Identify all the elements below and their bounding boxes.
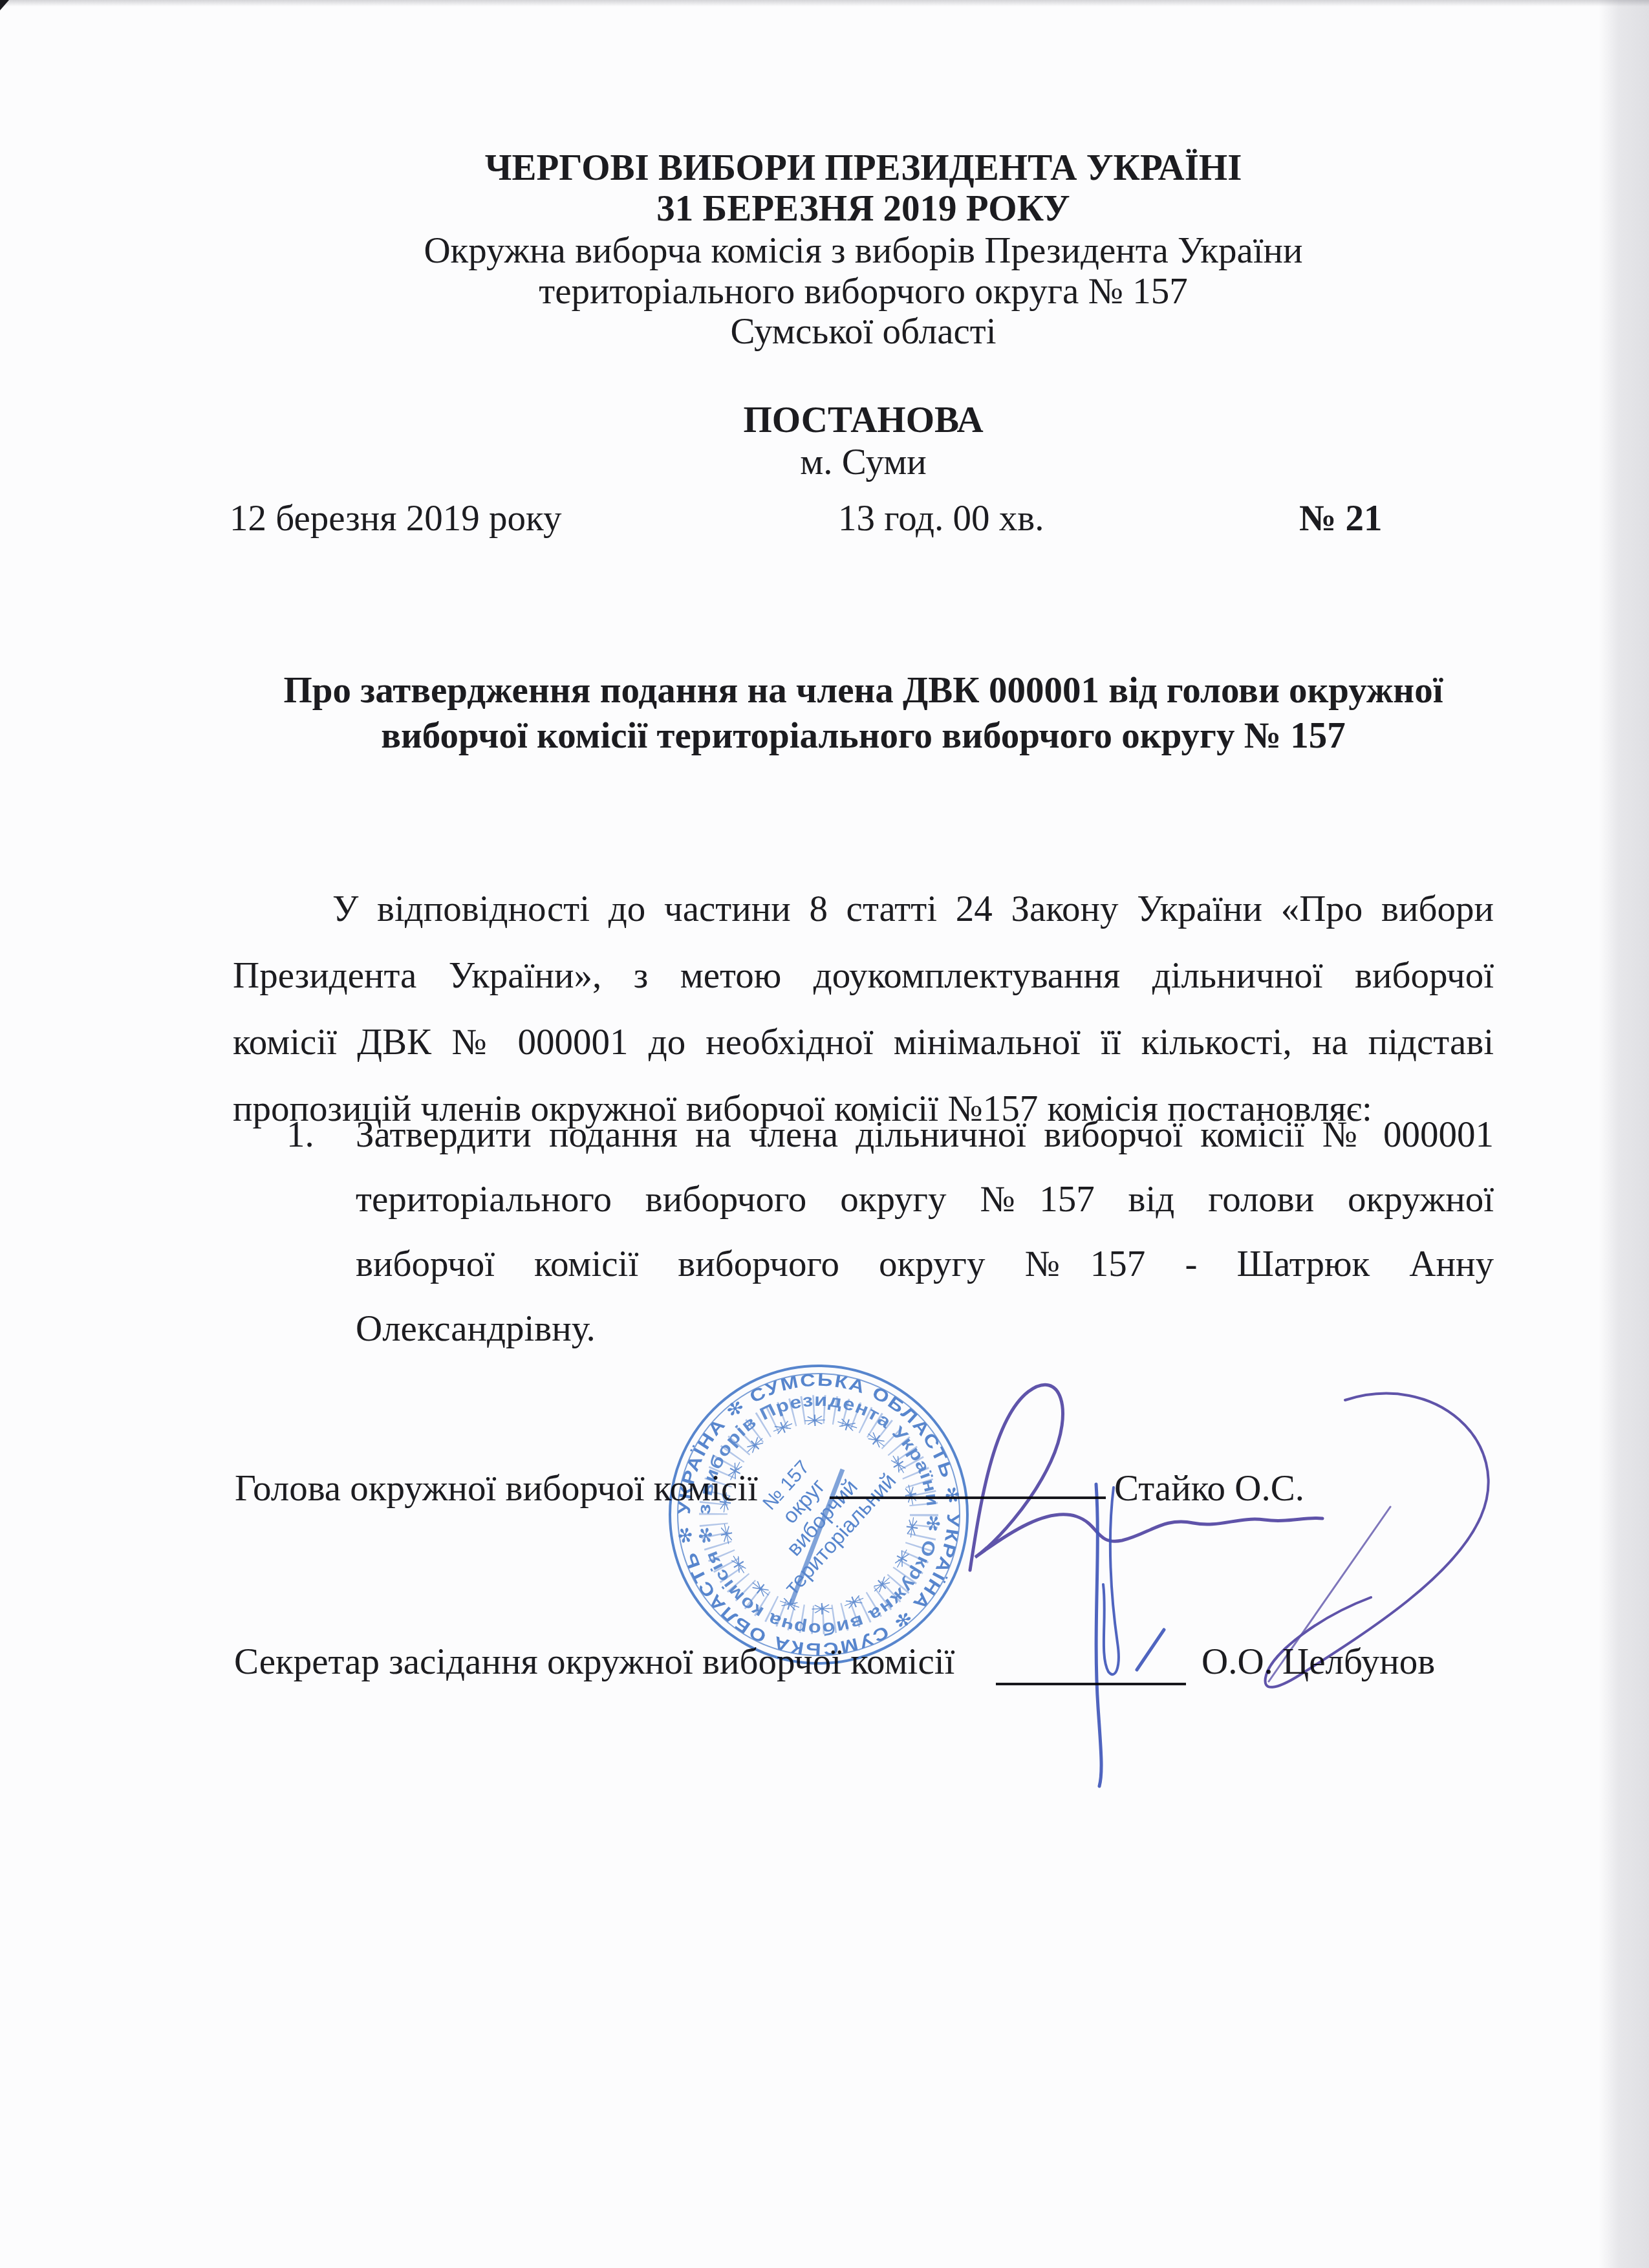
stamp-center-vyborchyi: виборчий [782,1474,862,1560]
scan-top-shadow [0,0,1649,6]
scan-edge-shadow [1599,0,1649,2268]
svg-text:✳ ✳ ✳ ✳ ✳ ✳ ✳ ✳ ✳ ✳ ✳ ✳ ✳ ✳ ✳: ✳ ✳ ✳ ✳ ✳ ✳ ✳ ✳ ✳ ✳ ✳ ✳ ✳ ✳ ✳ ✳ ✳ ✳ [716,1412,921,1617]
stamp-inner-border-circle [678,1374,960,1656]
paragraph-line: У відповідності до частини 8 статті 24 З… [233,876,1494,942]
list-item-line: Затвердити подання на члена дільничної в… [356,1103,1494,1167]
stamp-center-slash [791,1469,843,1604]
scan-corner-artifact [0,0,9,10]
resolution-title: ПОСТАНОВА [233,400,1494,440]
paragraph-line: Президента України», з метою доукомплект… [233,942,1494,1009]
list-item-line: територіального виборчого округу №157 ві… [356,1167,1494,1232]
stamp-ornament-ring: ✳ ✳ ✳ ✳ ✳ ✳ ✳ ✳ ✳ ✳ ✳ ✳ ✳ ✳ ✳ ✳ ✳ ✳ [716,1412,921,1617]
list-item-line: Олександрівну. [356,1297,1494,1361]
resolution-date: 12 березня 2019 року [230,498,561,539]
scanned-document-page: ЧЕРГОВІ ВИБОРИ ПРЕЗИДЕНТА УКРАЇНІ 31 БЕР… [0,0,1649,2268]
svg-text:з виборів Президента України ✻: з виборів Президента України ✻ Окружна в… [695,1390,943,1639]
subject-line-1: Про затвердження подання на члена ДВК 00… [233,670,1494,711]
signature-head-line [830,1496,1106,1499]
list-item-number: 1. [286,1103,314,1167]
signature-head-label: Голова окружної виборчої комісії [235,1468,758,1509]
list-item-1: 1. Затвердити подання на члена дільнично… [233,1103,1494,1361]
stamp-outer-circle [670,1366,967,1663]
resolution-meta-row: 12 березня 2019 року 13 год. 00 хв. № 21 [233,498,1494,539]
header-region: Сумської області [233,311,1494,352]
header-commission-name: Окружна виборча комісія з виборів Презид… [233,230,1494,271]
signature-secretary-line [996,1683,1186,1685]
paragraph-line: комісії ДВК № 000001 до необхідної мінім… [233,1009,1494,1075]
header-election-date: 31 БЕРЕЗНЯ 2019 РОКУ [233,188,1494,229]
header-election-title: ЧЕРГОВІ ВИБОРИ ПРЕЗИДЕНТА УКРАЇНІ [233,147,1494,188]
stamp-middle-ring-text: з виборів Президента України ✻ Окружна в… [695,1390,943,1639]
signature-head-name: Стайко О.С. [1114,1468,1304,1509]
resolution-city: м. Суми [233,442,1494,482]
list-item-line: виборчої комісії виборчого округу №157 -… [356,1232,1494,1297]
stamp-center-group: № 157 округ виборчий територіальний [727,1421,901,1599]
handwritten-signature-secretary [1096,1484,1164,1786]
resolution-time: 13 год. 00 хв. [838,498,1044,539]
subject-line-2: виборчої комісії територіального виборчо… [233,715,1494,756]
official-stamp: УКРАЇНА ✻ СУМСЬКА ОБЛАСТЬ ✻ УКРАЇНА ✻ СУ… [670,1366,967,1663]
stamp-center-terytorialnyi: територіальний [780,1469,901,1599]
signature-secretary-name: О.О. Целбунов [1202,1641,1435,1682]
svg-text:УКРАЇНА ✻ СУМСЬКА ОБЛАСТЬ ✻ УК: УКРАЇНА ✻ СУМСЬКА ОБЛАСТЬ ✻ УКРАЇНА ✻ СУ… [674,1370,964,1659]
signature-secretary-label: Секретар засідання окружної виборчої ком… [234,1641,954,1682]
stamp-outer-ring-text: УКРАЇНА ✻ СУМСЬКА ОБЛАСТЬ ✻ УКРАЇНА ✻ СУ… [674,1370,964,1659]
header-district-number: територіального виборчого округа № 157 [233,271,1494,312]
stamp-sunburst [713,1409,924,1620]
stamp-center-number: № 157 [759,1456,814,1514]
stamp-center-okrug: округ [777,1474,830,1528]
resolution-number: № 21 [1299,498,1383,539]
